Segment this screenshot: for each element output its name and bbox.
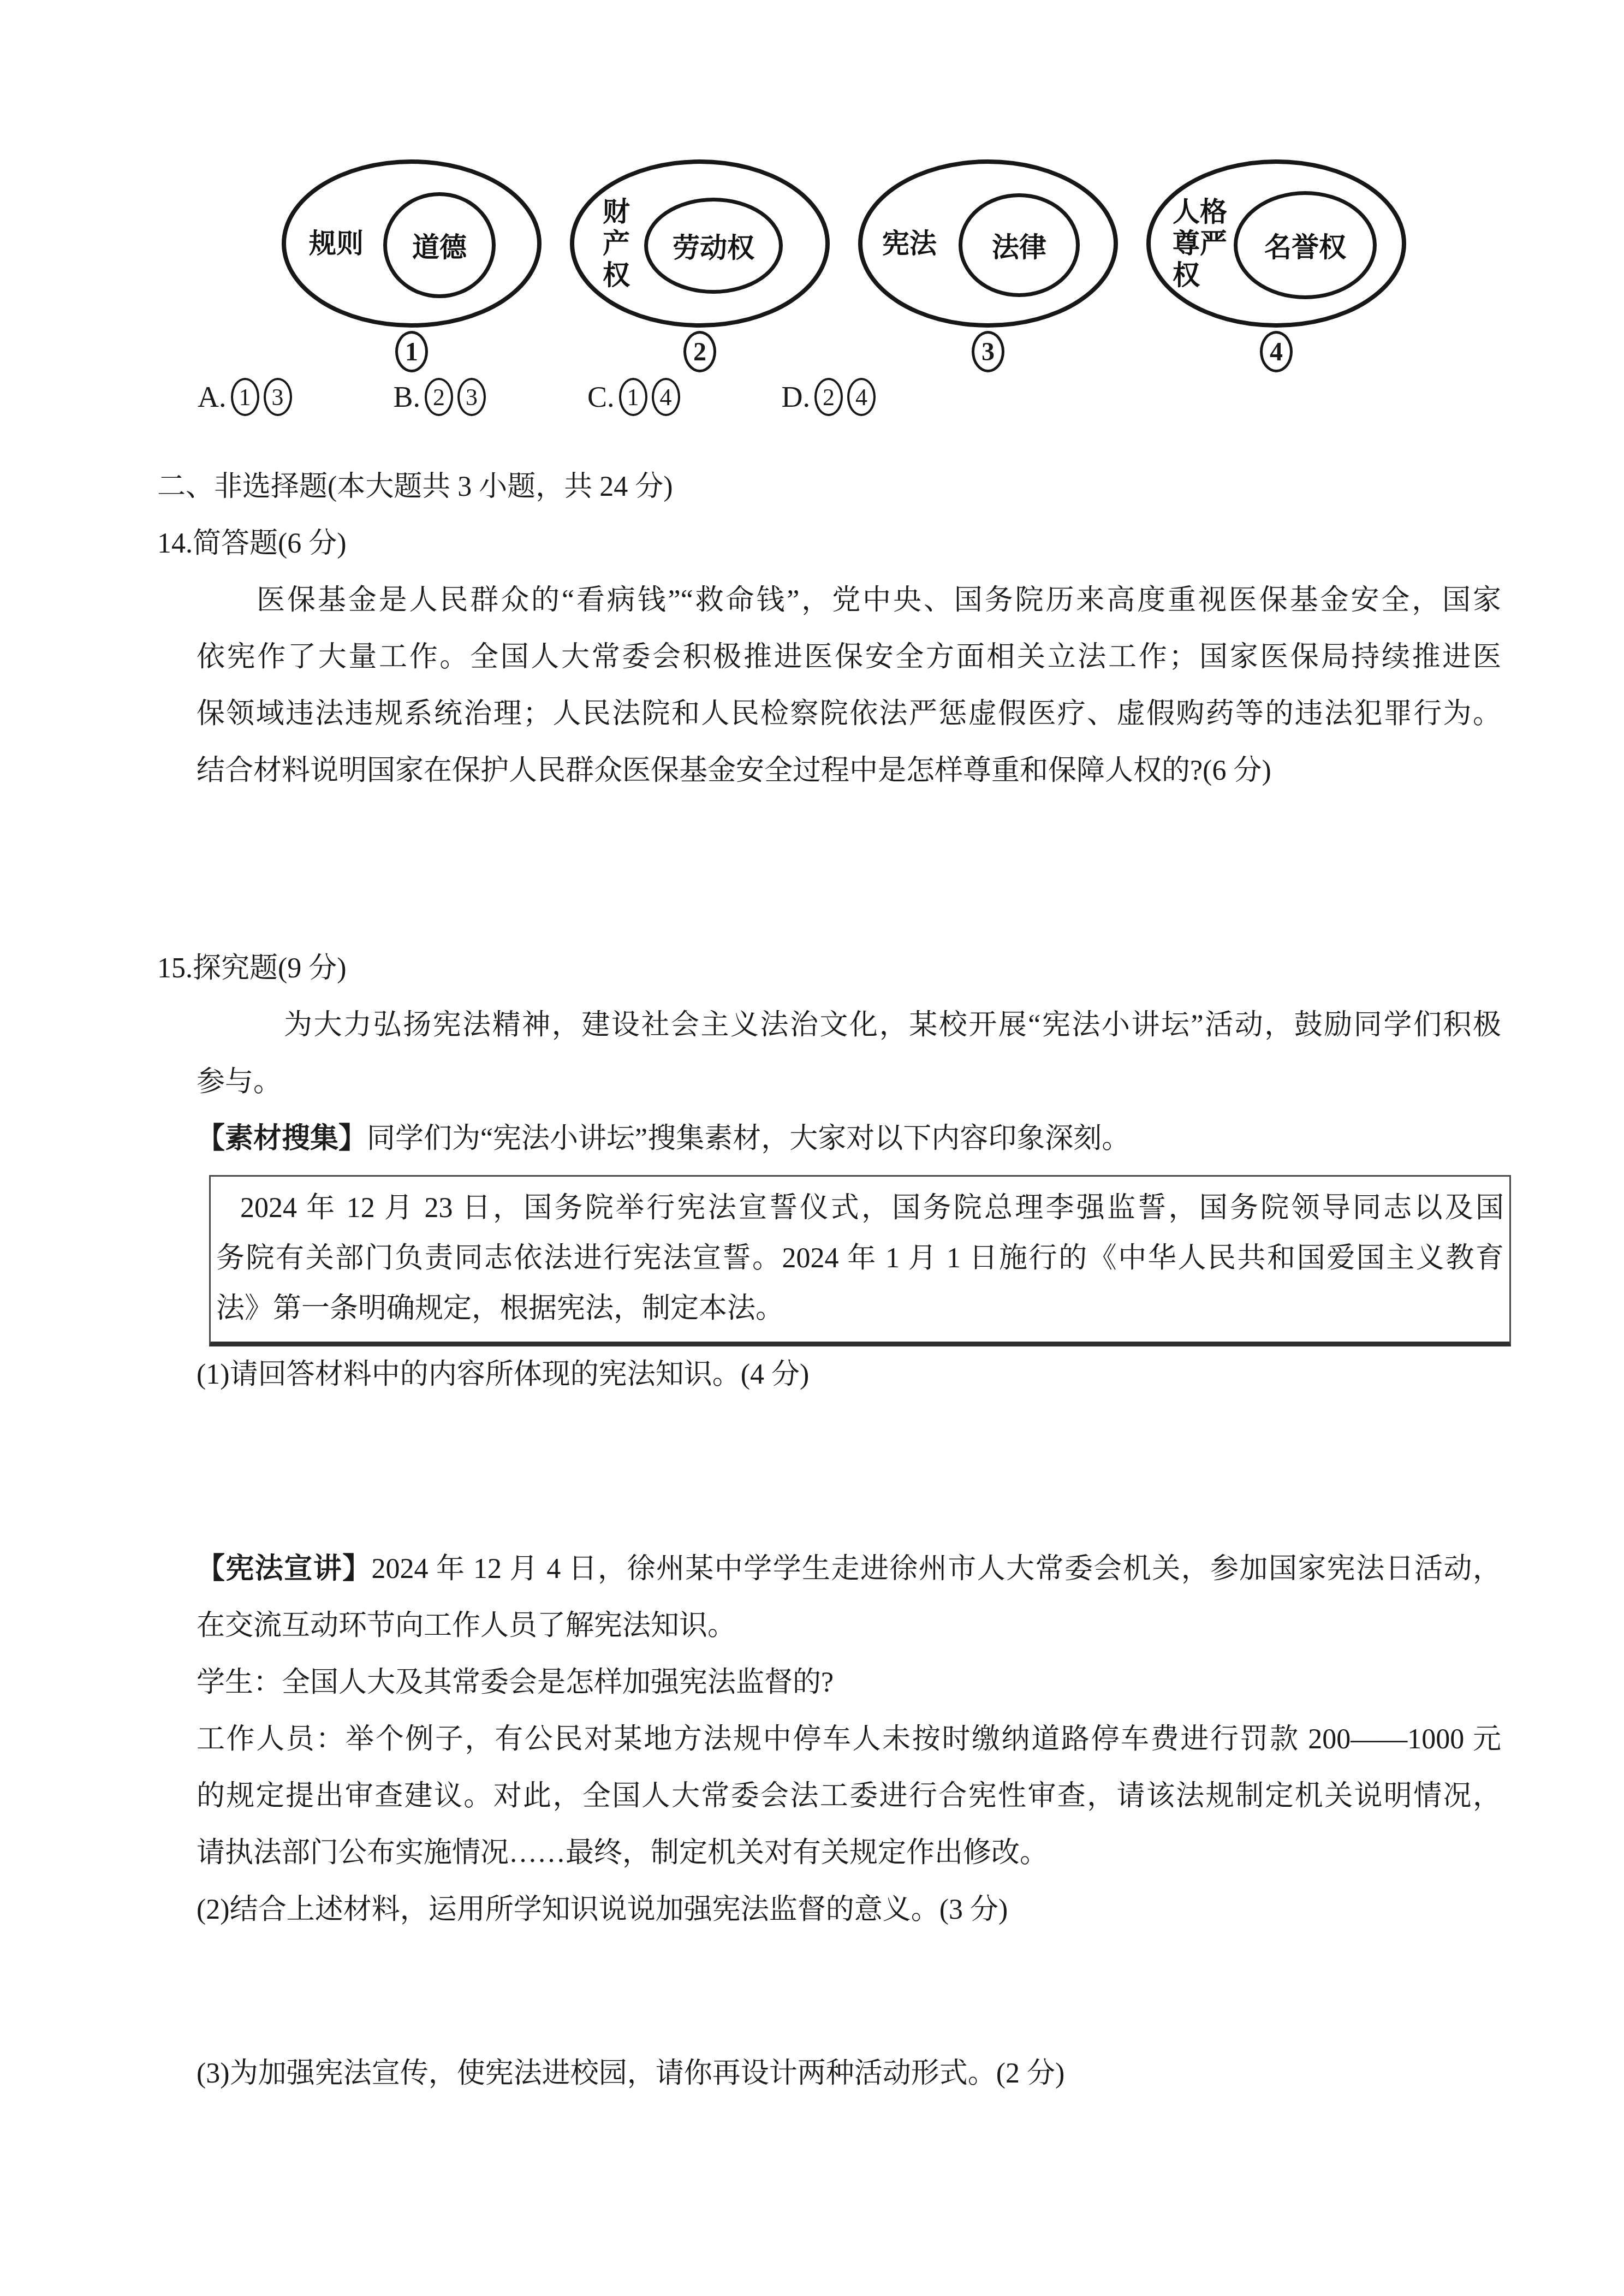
q15-subquestion-3: (3)为加强宪法宣传，使宪法进校园，请你再设计两种活动形式。(2 分): [197, 2045, 1501, 2102]
outer-set-label-4: 人格尊严权: [1173, 196, 1230, 291]
outer-set-label-1: 规则: [309, 228, 364, 259]
material-box: 2024 年 12 月 23 日，国务院举行宪法宣誓仪式，国务院总理李强监誓，国…: [209, 1175, 1511, 1346]
outer-set-label-3: 宪法: [882, 228, 937, 259]
material-box-line-2: 务院有关部门负责同志依法进行宪法宣誓。2024 年 1 月 1 日施行的《中华人…: [216, 1233, 1504, 1284]
figure-number-4: 4: [1260, 331, 1293, 372]
inner-ellipse-2: 劳动权: [644, 198, 783, 294]
option-a-circled-digit-2: 3: [264, 378, 292, 416]
outer-ellipse-1: 规则 道德: [282, 159, 542, 328]
option-d: D. 2 4: [782, 378, 876, 416]
inner-ellipse-1: 道德: [383, 192, 496, 298]
option-b-circled-digit-1: 2: [425, 378, 453, 416]
option-c: C. 1 4: [587, 378, 680, 416]
outer-set-label-2: 财产权: [603, 196, 631, 291]
option-a-circled-digit-1: 1: [231, 378, 259, 416]
answer-options-row: A. 1 3 B. 2 3 C. 1 4 D. 2 4: [198, 378, 1624, 416]
option-d-letter: D.: [782, 380, 811, 414]
venn-figure-3: 宪法 法律 3: [858, 159, 1119, 372]
option-c-letter: C.: [587, 380, 615, 414]
option-c-circled-digit-1: 1: [619, 378, 647, 416]
q15-constitution-lecture-line-1: 【宪法宣讲】2024 年 12 月 4 日，徐州某中学学生走进徐州市人大常委会机…: [197, 1541, 1501, 1598]
material-collect-label: 【素材搜集】: [197, 1123, 367, 1154]
q15-worker-line-3: 请执法部门公布实施情况……最终，制定机关对有关规定作出修改。: [197, 1825, 1501, 1882]
material-box-line-3: 法》第一条明确规定，根据宪法，制定本法。: [216, 1284, 1504, 1334]
q15-intro-line-1: 为大力弘扬宪法精神，建设社会主义法治文化，某校开展“宪法小讲坛”活动，鼓励同学们…: [197, 997, 1501, 1054]
section-2-header: 二、非选择题(本大题共 3 小题，共 24 分): [157, 459, 1577, 515]
constitution-lecture-text: 2024 年 12 月 4 日，徐州某中学学生走进徐州市人大常委会机关，参加国家…: [372, 1553, 1501, 1585]
venn-figure-1: 规则 道德 1: [281, 159, 542, 372]
outer-ellipse-3: 宪法 法律: [858, 159, 1118, 328]
option-a: A. 1 3: [198, 378, 292, 416]
q15-student-line: 学生：全国人大及其常委会是怎样加强宪法监督的?: [197, 1654, 1501, 1711]
option-d-circled-digit-1: 2: [814, 378, 843, 416]
q15-worker-line-2: 的规定提出审查建议。对此，全国人大常委会法工委进行合宪性审查，请该法规制定机关说…: [197, 1768, 1501, 1825]
question-14-header: 14.简答题(6 分): [157, 515, 1577, 572]
q14-question-line: 结合材料说明国家在保护人民群众医保基金安全过程中是怎样尊重和保障人权的?(6 分…: [197, 743, 1501, 799]
venn-figure-2: 财产权 劳动权 2: [569, 159, 830, 372]
q15-intro-line-2: 参与。: [197, 1054, 1501, 1111]
q14-paragraph-line-1: 医保基金是人民群众的“看病钱”“救命钱”，党中央、国务院历来高度重视医保基金安全…: [197, 572, 1501, 629]
q15-worker-line-1: 工作人员：举个例子，有公民对某地方法规中停车人未按时缴纳道路停车费进行罚款 20…: [197, 1711, 1501, 1768]
figure-number-2: 2: [683, 331, 716, 372]
outer-ellipse-4: 人格尊严权 名誉权: [1146, 159, 1406, 328]
outer-ellipse-2: 财产权 劳动权: [570, 159, 830, 328]
material-collect-text: 同学们为“宪法小讲坛”搜集素材，大家对以下内容印象深刻。: [367, 1123, 1130, 1154]
option-b: B. 2 3: [394, 378, 486, 416]
q15-constitution-lecture-line-2: 在交流互动环节向工作人员了解宪法知识。: [197, 1598, 1501, 1654]
q15-material-collect-line: 【素材搜集】同学们为“宪法小讲坛”搜集素材，大家对以下内容印象深刻。: [197, 1111, 1501, 1167]
option-d-circled-digit-2: 4: [847, 378, 876, 416]
figure-number-3: 3: [972, 331, 1004, 372]
q14-paragraph-line-2: 依宪作了大量工作。全国人大常委会积极推进医保安全方面相关立法工作；国家医保局持续…: [197, 629, 1501, 686]
material-box-line-1: 2024 年 12 月 23 日，国务院举行宪法宣誓仪式，国务院总理李强监誓，国…: [216, 1183, 1504, 1233]
inner-ellipse-4: 名誉权: [1234, 191, 1377, 299]
option-a-letter: A.: [198, 380, 227, 414]
constitution-lecture-label: 【宪法宣讲】: [197, 1553, 372, 1585]
inner-ellipse-3: 法律: [959, 193, 1080, 297]
venn-figure-row: 规则 道德 1 财产权 劳动权 2 宪法 法律 3 人格尊严权 名誉权 4: [281, 159, 1624, 372]
option-c-circled-digit-2: 4: [652, 378, 680, 416]
q14-paragraph-line-3: 保领域违法违规系统治理；人民法院和人民检察院依法严惩虚假医疗、虚假购药等的违法犯…: [197, 686, 1501, 743]
venn-figure-4: 人格尊严权 名誉权 4: [1146, 159, 1407, 372]
q15-subquestion-2: (2)结合上述材料，运用所学知识说说加强宪法监督的意义。(3 分): [197, 1882, 1501, 1938]
option-b-letter: B.: [394, 380, 421, 414]
option-b-circled-digit-2: 3: [457, 378, 486, 416]
question-15-header: 15.探究题(9 分): [157, 940, 1577, 997]
q15-subquestion-1: (1)请回答材料中的内容所体现的宪法知识。(4 分): [197, 1346, 1501, 1403]
figure-number-1: 1: [395, 331, 428, 372]
